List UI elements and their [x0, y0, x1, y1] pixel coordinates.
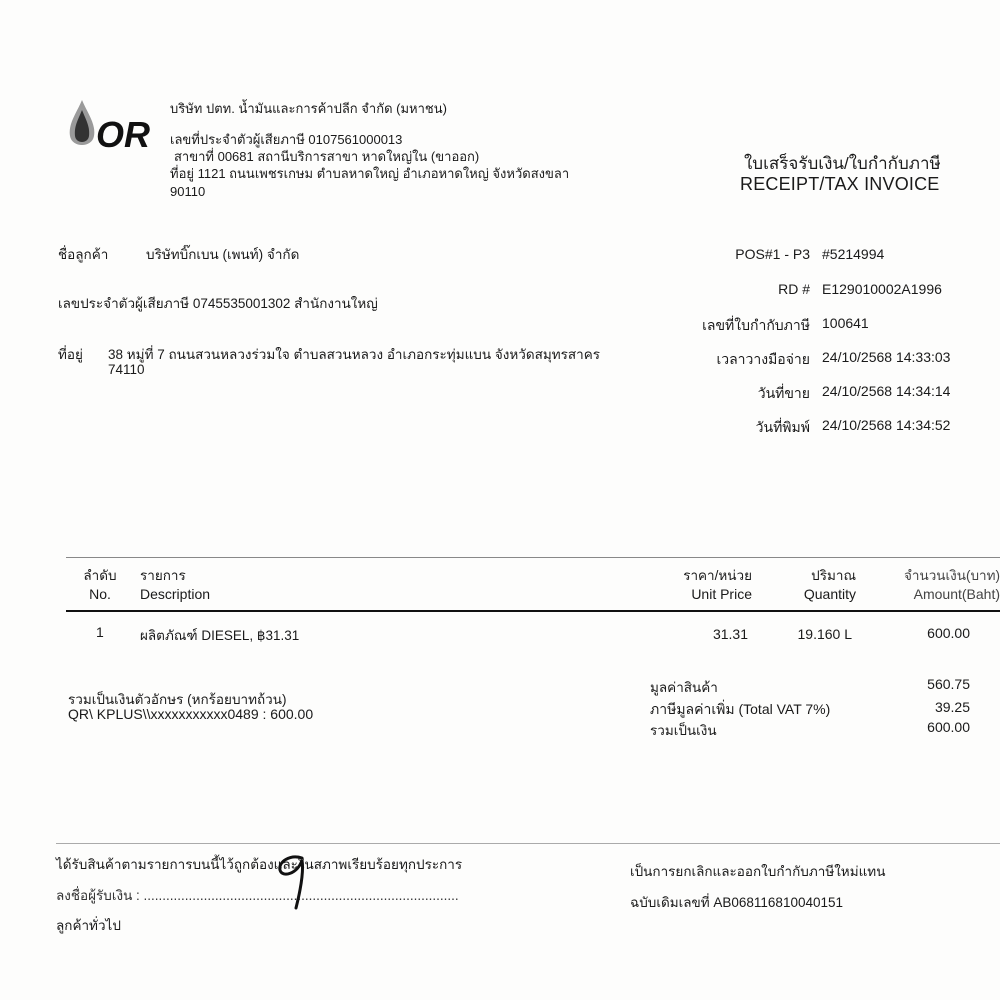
- row-quantity: 19.160 L: [760, 626, 852, 642]
- header-amount: จำนวนเงิน(บาท) Amount(Baht): [870, 566, 1000, 604]
- header-unit-price: ราคา/หน่วย Unit Price: [650, 566, 752, 604]
- total-value: 600.00: [870, 719, 970, 735]
- table-header-rule: [66, 610, 1000, 612]
- title-thai: ใบเสร็จรับเงิน/ใบกำกับภาษี: [744, 150, 941, 177]
- meta-label: RD #: [640, 281, 822, 297]
- meta-pos: POS#1 - P3 #5214994: [640, 246, 960, 262]
- row-description: ผลิตภัณฑ์ DIESEL, ฿31.31: [140, 624, 299, 646]
- meta-value: 24/10/2568 14:34:52: [822, 417, 960, 439]
- header-price-th: ราคา/หน่วย: [650, 566, 752, 585]
- meta-label: วันที่พิมพ์: [640, 417, 822, 439]
- header-quantity: ปริมาณ Quantity: [770, 566, 856, 604]
- or-logo: OR: [66, 96, 166, 156]
- meta-nozzle-time: เวลาวางมือจ่าย 24/10/2568 14:33:03: [640, 349, 960, 371]
- customer-address-line1: 38 หมู่ที่ 7 ถนนสวนหลวงร่วมใจ ตำบลสวนหลว…: [108, 343, 600, 365]
- company-address: ที่อยู่ 1121 ถนนเพชรเกษม ตำบลหาดใหญ่ อำเ…: [170, 165, 569, 182]
- header-qty-th: ปริมาณ: [770, 566, 856, 585]
- company-tax-id: เลขที่ประจำตัวผู้เสียภาษี 0107561000013: [170, 131, 402, 148]
- customer-name: บริษัทบิ๊กเบน (เพนท์) จำกัด: [146, 243, 299, 265]
- payment-line: QR\ KPLUS\\xxxxxxxxxxx0489 : 600.00: [68, 706, 313, 722]
- subtotal-value: 560.75: [870, 676, 970, 692]
- meta-sale-date: วันที่ขาย 24/10/2568 14:34:14: [640, 383, 960, 405]
- replacement-text: เป็นการยกเลิกและออกใบกำกับภาษีใหม่แทน: [630, 860, 885, 882]
- meta-print-date: วันที่พิมพ์ 24/10/2568 14:34:52: [640, 417, 960, 439]
- header-desc-th: รายการ: [140, 566, 210, 585]
- vat-value: 39.25: [870, 699, 970, 715]
- row-unit-price: 31.31: [650, 626, 748, 642]
- original-invoice-no: ฉบับเดิมเลขที่ AB068116810040151: [630, 891, 843, 913]
- customer-type: ลูกค้าทั่วไป: [56, 914, 121, 936]
- meta-value: 24/10/2568 14:33:03: [822, 349, 960, 371]
- subtotal-label: มูลค่าสินค้า: [650, 676, 718, 698]
- logo-text: OR: [96, 114, 150, 156]
- company-postcode: 90110: [170, 183, 205, 200]
- header-no-en: No.: [80, 585, 120, 604]
- header-description: รายการ Description: [140, 566, 210, 604]
- meta-rd: RD # E129010002A1996: [640, 281, 960, 297]
- header-no: ลำดับ No.: [80, 566, 120, 604]
- header-amount-th: จำนวนเงิน(บาท): [870, 566, 1000, 585]
- row-amount: 600.00: [870, 625, 970, 641]
- customer-address-label: ที่อยู่: [58, 343, 83, 365]
- header-qty-en: Quantity: [770, 585, 856, 604]
- title-english: RECEIPT/TAX INVOICE: [740, 174, 940, 195]
- received-text: ได้รับสินค้าตามรายการบนนี้ไว้ถูกต้องและใ…: [56, 853, 462, 875]
- meta-label: วันที่ขาย: [640, 383, 822, 405]
- handwritten-signature-icon: [272, 852, 312, 912]
- total-label: รวมเป็นเงิน: [650, 719, 717, 741]
- meta-label: เวลาวางมือจ่าย: [640, 349, 822, 371]
- signature-line: ลงชื่อผู้รับเงิน : .....................…: [56, 884, 459, 906]
- meta-tax-invoice-no: เลขที่ใบกำกับภาษี 100641: [640, 315, 960, 337]
- customer-address-line2: 74110: [108, 362, 145, 377]
- footer-rule: [56, 843, 1000, 844]
- meta-label: เลขที่ใบกำกับภาษี: [640, 315, 822, 337]
- customer-name-label: ชื่อลูกค้า: [58, 243, 108, 265]
- company-branch: สาขาที่ 00681 สถานีบริการสาขา หาดใหญ่ใน …: [174, 148, 479, 165]
- meta-label: POS#1 - P3: [640, 246, 822, 262]
- meta-value: 24/10/2568 14:34:14: [822, 383, 960, 405]
- vat-label: ภาษีมูลค่าเพิ่ม (Total VAT 7%): [650, 699, 830, 721]
- header-no-th: ลำดับ: [80, 566, 120, 585]
- meta-value: #5214994: [822, 246, 960, 262]
- header-price-en: Unit Price: [650, 585, 752, 604]
- header-desc-en: Description: [140, 585, 210, 604]
- table-top-rule: [66, 557, 1000, 558]
- meta-value: E129010002A1996: [822, 281, 960, 297]
- header-amount-en: Amount(Baht): [870, 585, 1000, 604]
- company-name: บริษัท ปตท. น้ำมันและการค้าปลีก จำกัด (ม…: [170, 100, 447, 117]
- customer-tax-id: เลขประจำตัวผู้เสียภาษี 0745535001302 สำน…: [58, 292, 378, 314]
- meta-value: 100641: [822, 315, 960, 337]
- row-no: 1: [96, 624, 104, 640]
